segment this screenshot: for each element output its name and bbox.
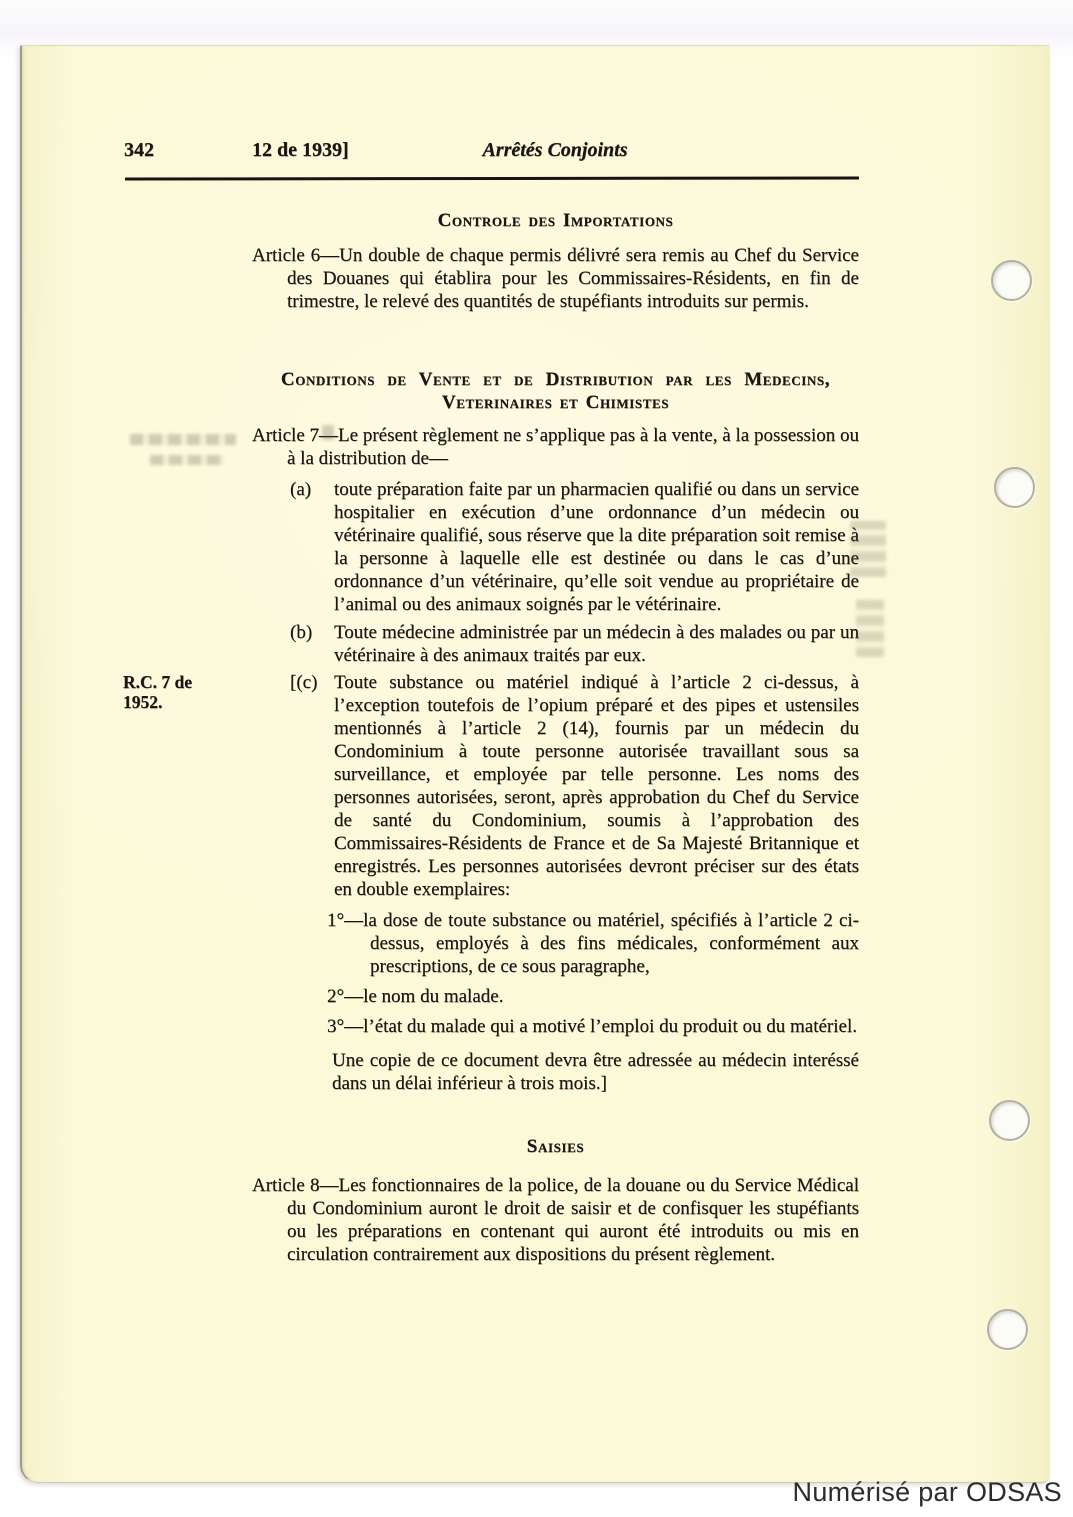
section-heading-saisies: Saisies xyxy=(252,1135,859,1158)
bleed-through-smudge xyxy=(850,521,886,577)
item-label-c: [(c) xyxy=(290,671,334,901)
item-label-b: (b) xyxy=(290,621,334,667)
punch-hole xyxy=(987,1309,1028,1350)
bleed-through-smudge xyxy=(322,425,334,440)
closing-paragraph: Une copie de ce document devra être adre… xyxy=(332,1049,859,1095)
list-item-c: R.C. 7 de 1952. [(c) Toute substance ou … xyxy=(290,671,859,901)
numbered-item-3: 3°—l’état du malade qui a motivé l’emplo… xyxy=(252,1015,859,1038)
heading-line-2: Veterinaires et Chimistes xyxy=(252,391,859,414)
bleed-through-smudge xyxy=(856,599,884,657)
numbered-item-2: 2°—le nom du malade. xyxy=(252,985,859,1008)
odsas-watermark: Numérisé par ODSAS xyxy=(793,1477,1062,1508)
numbered-item-1: 1°—la dose de toute substance ou matérie… xyxy=(252,909,859,978)
item-label-a: (a) xyxy=(290,478,334,616)
running-title: Arrêtés Conjoints xyxy=(305,138,805,162)
page-number: 342 xyxy=(124,138,154,162)
list-item-b: (b) Toute médecine administrée par un mé… xyxy=(290,621,859,667)
punch-hole xyxy=(994,467,1035,508)
page-body: Controle des Importations Article 6—Un d… xyxy=(252,209,859,1266)
header-rule xyxy=(125,176,859,180)
item-text-c: Toute substance ou matériel indiqué à l’… xyxy=(334,671,859,901)
article-6-paragraph: Article 6—Un double de chaque permis dél… xyxy=(252,244,859,313)
punch-hole xyxy=(989,1100,1030,1141)
document-page: 342 12 de 1939] Arrêtés Conjoints Contro… xyxy=(20,45,1050,1483)
article-7-intro: Article 7—Le présent règlement ne s’appl… xyxy=(252,424,859,470)
list-item-a: (a) toute préparation faite par un pharm… xyxy=(290,478,859,616)
section-heading-conditions-vente: Conditions de Vente et de Distribution p… xyxy=(252,368,859,414)
item-text-a: toute préparation faite par un pharmacie… xyxy=(334,478,859,616)
scanned-document: 342 12 de 1939] Arrêtés Conjoints Contro… xyxy=(0,0,1073,1517)
item-text-b: Toute médecine administrée par un médeci… xyxy=(334,621,859,667)
bleed-through-smudge xyxy=(130,434,236,445)
section-heading-controle-importations: Controle des Importations xyxy=(252,209,859,232)
margin-note-rc-7-1952: R.C. 7 de 1952. xyxy=(123,672,219,712)
heading-line-1: Conditions de Vente et de Distribution p… xyxy=(252,368,859,391)
punch-hole xyxy=(991,260,1032,301)
article-8-paragraph: Article 8—Les fonctionnaires de la polic… xyxy=(252,1174,859,1266)
bleed-through-smudge xyxy=(150,455,224,465)
